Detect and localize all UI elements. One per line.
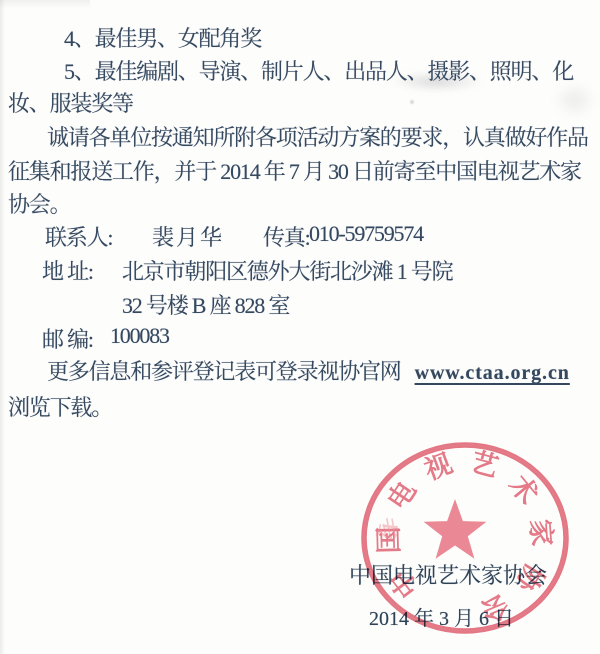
award-item-4: 4、最佳男、女配角奖	[64, 22, 261, 53]
paragraph-line2: 征集和报送工作，并于 2014 年 7 月 30 日前寄至中国电视艺术家	[8, 155, 581, 186]
seal-arc-char: 协	[509, 558, 549, 598]
website-link[interactable]: www.ctaa.org.cn	[415, 362, 570, 384]
address-value-line2: 32 号楼 B 座 828 室	[122, 289, 289, 320]
seal-ghost-glyph: 专	[370, 516, 402, 544]
address-value-line1: 北京市朝阳区德外大街北沙滩 1 号院	[122, 255, 452, 286]
zip-code: 100083	[110, 323, 169, 349]
seal-arc-char: 家	[525, 518, 557, 547]
seal-star-icon	[424, 499, 487, 559]
scanned-letter-page: 4、最佳男、女配角奖 5、最佳编剧、导演、制片人、出品人、摄影、照明、化 妆、服…	[0, 0, 600, 654]
scan-left-edge-shadow	[0, 0, 5, 654]
more-info-text: 更多信息和参评登记表可登录视协官网	[47, 359, 401, 384]
paragraph-line3: 协会。	[8, 188, 70, 219]
scan-speck	[410, 100, 414, 104]
more-info-tail: 浏览下载。	[8, 391, 112, 422]
contact-name: 裴月华	[152, 221, 224, 252]
award-item-5-line1: 5、最佳编剧、导演、制片人、出品人、摄影、照明、化	[64, 55, 573, 86]
paragraph-line1: 诚请各单位按通知所附各项活动方案的要求，认真做好作品	[47, 121, 588, 152]
scan-top-edge-shadow	[0, 0, 90, 9]
zip-label: 邮 编:	[42, 323, 93, 354]
fax-label: 传真:	[263, 221, 310, 252]
award-item-5-line2: 妆、服装奖等	[8, 87, 133, 118]
seal-arc-char: 艺	[468, 447, 502, 483]
fax-number: 010-59759574	[309, 221, 423, 247]
more-info-line: 更多信息和参评登记表可登录视协官网www.ctaa.org.cn	[47, 355, 570, 386]
official-seal-stamp: 中 国 电 视 艺 术 家 协 会 专	[357, 438, 573, 638]
address-label: 地 址:	[42, 255, 93, 286]
contact-label: 联系人:	[45, 221, 112, 252]
